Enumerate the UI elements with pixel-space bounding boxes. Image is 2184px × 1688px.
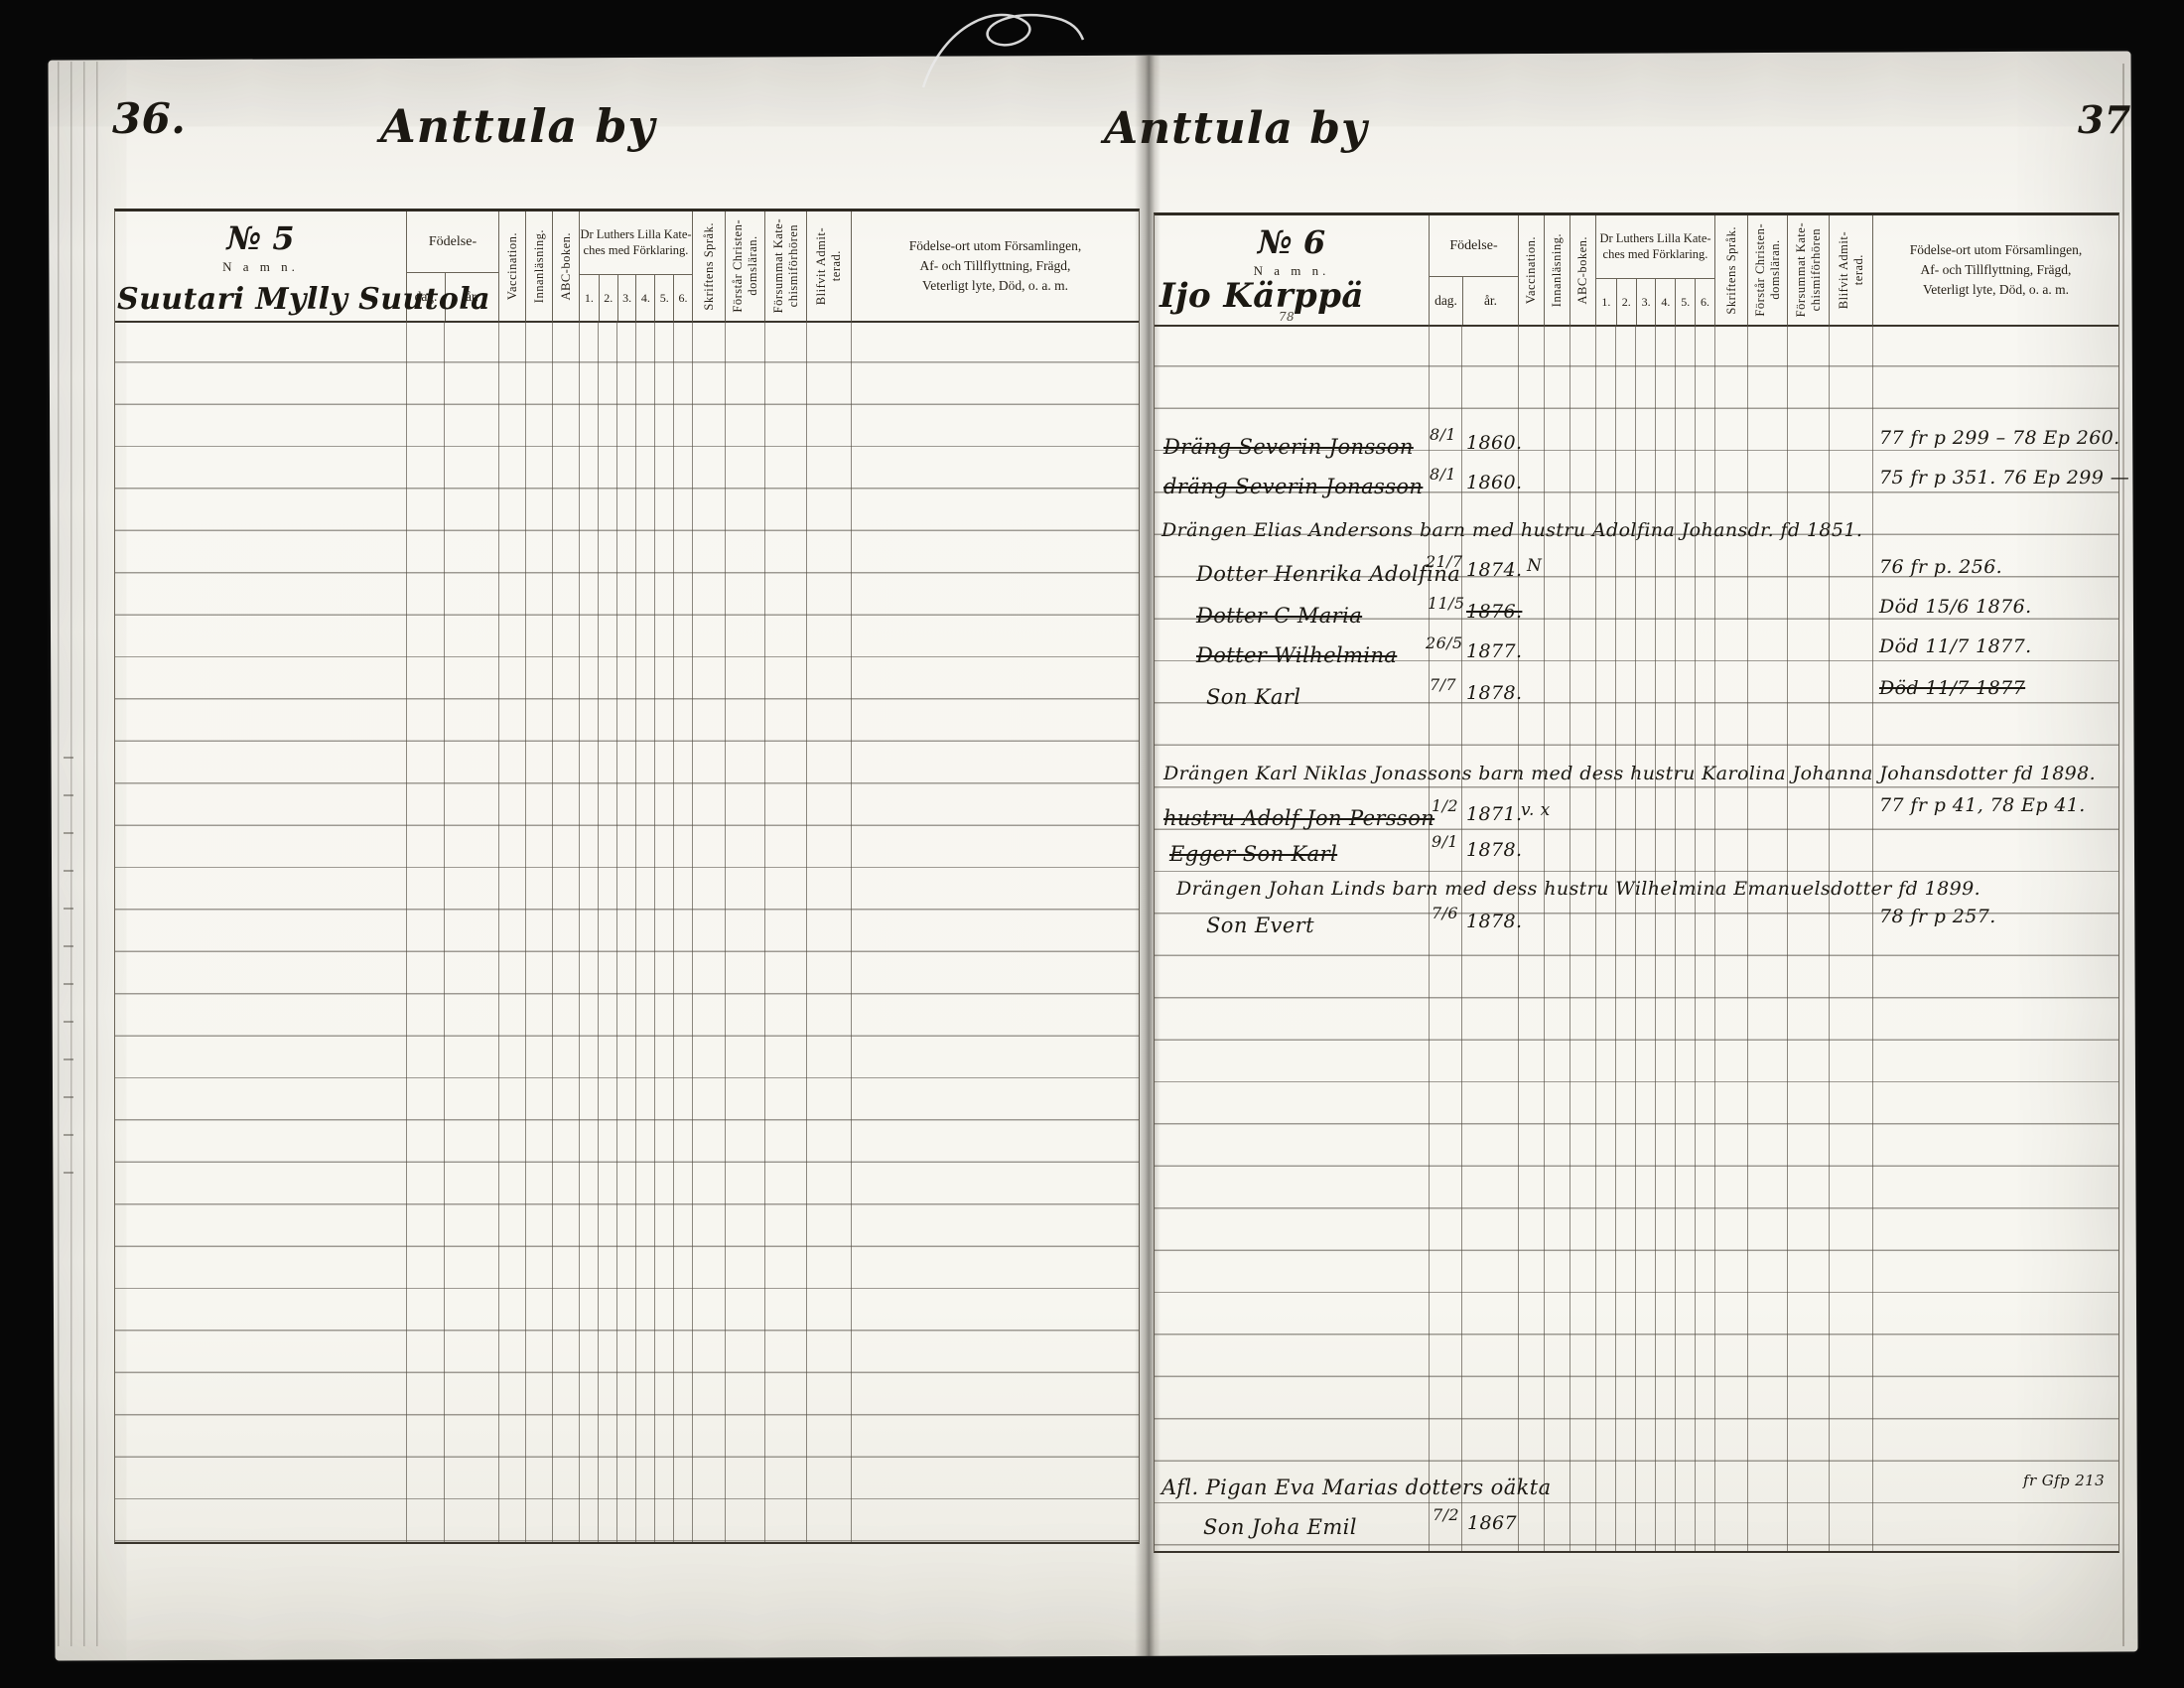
scanner-thread-artifact xyxy=(888,0,1107,94)
household-name-right: Ijo Kärppä xyxy=(1160,276,1364,316)
katekes-col-1: 1. xyxy=(580,275,599,321)
column-rule xyxy=(1518,325,1519,1551)
katekes-col-4: 4. xyxy=(1655,279,1675,325)
col-header-katekes: Dr Luthers Lilla Kate- ches med Förklari… xyxy=(579,211,692,321)
katekes-col-4: 4. xyxy=(635,275,654,321)
col-header-abc-boken: ABC-boken. xyxy=(552,211,579,321)
fodelseort-line2: Af- och Tillflyttning, Frägd, xyxy=(920,256,1071,276)
margin-tick xyxy=(64,1096,73,1098)
innanlasning-label: Innanläsning. xyxy=(1550,233,1565,307)
column-rule xyxy=(1655,325,1656,1551)
page-stack-edges xyxy=(58,62,109,1646)
katekes-col-5: 5. xyxy=(1675,279,1695,325)
entry-birth-day-month: 11/5 xyxy=(1428,594,1465,613)
entry-birth-year: 1867 xyxy=(1467,1512,1517,1534)
entry-name: Egger Son Karl xyxy=(1169,842,1337,866)
entry-birth-day-month: 1/2 xyxy=(1432,796,1458,815)
entry-name: Dotter Wilhelmina xyxy=(1196,643,1397,667)
register-table-left: № 5 N a m n. Födelse- dag. år. Vaccinati… xyxy=(114,209,1140,1544)
column-rule xyxy=(579,321,580,1542)
col-header-forsummat: Försummat Kate- chismiförhören xyxy=(764,211,806,321)
entry-birth-year: 1871. xyxy=(1466,803,1522,825)
entry-birth-year: 1876. xyxy=(1466,601,1522,623)
entry-mark: v. x xyxy=(1521,800,1551,820)
entry-note: 77 fr p 41, 78 Ep 41. xyxy=(1879,794,2086,816)
entry-note: 78 fr p 257. xyxy=(1879,906,1996,927)
katekes-col-2: 2. xyxy=(599,275,617,321)
column-rule xyxy=(552,321,553,1542)
col-header-fodelseort: Födelse-ort utom Församlingen, Af- och T… xyxy=(851,211,1139,321)
katekes-label-line2: ches med Förklaring. xyxy=(584,243,689,259)
village-title-left: Anttula by xyxy=(380,99,655,153)
entry-note: 75 fr p 351. 76 Ep 299 — xyxy=(1879,467,2129,489)
entry-birth-day-month: 8/1 xyxy=(1430,425,1456,444)
column-rule xyxy=(1787,325,1788,1551)
blifvit-label-line1: Blifvit Admit- xyxy=(814,227,829,305)
innanlasning-label: Innanläsning. xyxy=(532,229,547,303)
entry-name: hustru Adolf Jon Persson xyxy=(1163,806,1434,830)
table-body-left xyxy=(115,321,1139,1542)
blifvit-label-line2: terad. xyxy=(1851,231,1866,309)
fodelseort-line3: Veterligt lyte, Död, o. a. m. xyxy=(922,276,1068,296)
forsummat-label-line1: Försummat Kate- xyxy=(1794,222,1809,317)
column-rule xyxy=(1461,325,1462,1551)
family-heading: Drängen Karl Niklas Jonassons barn med d… xyxy=(1163,763,2096,784)
margin-tick xyxy=(64,1134,73,1136)
skriftens-sprak-label: Skriftens Språk. xyxy=(702,222,717,311)
col-header-blifvit: Blifvit Admit- terad. xyxy=(1829,215,1872,325)
entry-note: fr Gfp 213 xyxy=(2023,1472,2105,1489)
col-header-abc-boken: ABC-boken. xyxy=(1570,215,1595,325)
entry-name: Son Joha Emil xyxy=(1203,1515,1357,1539)
margin-tick xyxy=(64,870,73,872)
page-number-right: 37 xyxy=(2078,97,2131,142)
margin-tick xyxy=(64,908,73,910)
vaccination-label: Vaccination. xyxy=(505,232,520,300)
katekes-label-line1: Dr Luthers Lilla Kate- xyxy=(1599,231,1710,247)
katekes-col-5: 5. xyxy=(654,275,673,321)
col-header-innanlasning: Innanläsning. xyxy=(1544,215,1570,325)
col-header-forstar: Förstår Christen- domsläran. xyxy=(725,211,764,321)
entry-birth-day-month: 9/1 xyxy=(1432,832,1458,851)
entry-birth-year: 1860. xyxy=(1466,472,1522,493)
margin-tick xyxy=(64,832,73,834)
margin-tick xyxy=(64,1172,73,1174)
table-body-right xyxy=(1155,325,2118,1551)
column-rule xyxy=(635,321,636,1542)
margin-tick xyxy=(64,1021,73,1023)
column-rule xyxy=(1429,325,1430,1551)
katekes-col-3: 3. xyxy=(617,275,636,321)
column-rule xyxy=(498,321,499,1542)
column-rule xyxy=(1544,325,1545,1551)
column-rule xyxy=(1570,325,1570,1551)
forsummat-label-line1: Försummat Kate- xyxy=(771,218,786,313)
margin-tick xyxy=(64,794,73,796)
column-rule xyxy=(598,321,599,1542)
household-name-left: Suutari Mylly Suutola xyxy=(117,282,490,317)
entry-birth-day-month: 7/6 xyxy=(1432,904,1458,922)
entry-note: Död 11/7 1877 xyxy=(1879,677,2025,699)
page-number-left: 36. xyxy=(112,94,186,143)
entry-birth-day-month: 8/1 xyxy=(1430,465,1456,484)
abc-boken-label: ABC-boken. xyxy=(559,232,574,301)
entry-name: Dräng Severin Jonsson xyxy=(1163,435,1414,459)
vaccination-label: Vaccination. xyxy=(1524,236,1539,304)
entry-birth-year: 1878. xyxy=(1466,682,1522,704)
entry-name: Dotter Henrika Adolfina xyxy=(1196,562,1460,586)
col-header-forstar: Förstår Christen- domsläran. xyxy=(1747,215,1787,325)
book-gutter-shadow xyxy=(1135,56,1160,1656)
column-rule xyxy=(1595,325,1596,1551)
column-rule xyxy=(1695,325,1696,1551)
col-header-skriftens-sprak: Skriftens Språk. xyxy=(1714,215,1747,325)
entry-name: Dotter C Maria xyxy=(1196,604,1362,628)
katekes-col-2: 2. xyxy=(1616,279,1636,325)
stray-pencil-mark: 78 xyxy=(1279,310,1295,324)
fodelseort-line2: Af- och Tillflyttning, Frägd, xyxy=(1921,260,2072,280)
column-rule xyxy=(1829,325,1830,1551)
column-rule xyxy=(806,321,807,1542)
forsummat-label-line2: chismiförhören xyxy=(1809,222,1824,317)
col-header-skriftens-sprak: Skriftens Språk. xyxy=(692,211,725,321)
column-rule xyxy=(1615,325,1616,1551)
column-rule xyxy=(1714,325,1715,1551)
entry-name: dräng Severin Jonasson xyxy=(1163,475,1423,498)
dag-label: dag. xyxy=(1430,277,1462,325)
entry-birth-day-month: 7/2 xyxy=(1433,1505,1459,1524)
blifvit-label-line1: Blifvit Admit- xyxy=(1837,231,1851,309)
column-rule xyxy=(764,321,765,1542)
column-rule xyxy=(1747,325,1748,1551)
katekes-col-1: 1. xyxy=(1596,279,1616,325)
fodelse-label: Födelse- xyxy=(1430,215,1518,277)
column-rule xyxy=(406,321,407,1542)
entry-note: 76 fr p. 256. xyxy=(1879,556,2002,578)
entry-birth-day-month: 7/7 xyxy=(1430,675,1456,694)
family-heading: Drängen Johan Linds barn med dess hustru… xyxy=(1176,878,1980,900)
column-rule xyxy=(673,321,674,1542)
blifvit-label-line2: terad. xyxy=(829,227,844,305)
fodelseort-line1: Födelse-ort utom Församlingen, xyxy=(909,236,1082,256)
forstar-label-line2: domsläran. xyxy=(1768,223,1783,317)
entry-birth-year: 1877. xyxy=(1466,640,1522,662)
column-rule xyxy=(725,321,726,1542)
column-rule xyxy=(1635,325,1636,1551)
margin-tick xyxy=(64,945,73,947)
column-rule xyxy=(1872,325,1873,1551)
forstar-label-line2: domsläran. xyxy=(746,219,760,313)
column-rule xyxy=(692,321,693,1542)
katekes-col-3: 3. xyxy=(1636,279,1656,325)
col-header-katekes: Dr Luthers Lilla Kate- ches med Förklari… xyxy=(1595,215,1714,325)
entry-note: Död 11/7 1877. xyxy=(1879,635,2032,657)
entry-mark: N xyxy=(1527,556,1542,576)
column-rule xyxy=(444,321,445,1542)
column-rule xyxy=(616,321,617,1542)
entry-birth-day-month: 21/7 xyxy=(1426,552,1463,571)
margin-tick xyxy=(64,983,73,985)
katekes-col-6: 6. xyxy=(1695,279,1714,325)
col-header-fodelseort: Födelse-ort utom Församlingen, Af- och T… xyxy=(1872,215,2118,325)
entry-birth-year: 1878. xyxy=(1466,839,1522,861)
entry-birth-year: 1874. xyxy=(1466,559,1522,581)
entry-note: Död 15/6 1876. xyxy=(1879,596,2032,618)
family-heading: Afl. Pigan Eva Marias dotters oäkta xyxy=(1161,1476,1552,1499)
forsummat-label-line2: chismiförhören xyxy=(786,218,801,313)
col-header-innanlasning: Innanläsning. xyxy=(525,211,552,321)
margin-tick xyxy=(64,1058,73,1060)
right-page-edge xyxy=(2122,64,2124,1646)
col-header-vaccination: Vaccination. xyxy=(1518,215,1544,325)
katekes-label-line2: ches med Förklaring. xyxy=(1603,247,1708,263)
column-rule xyxy=(1675,325,1676,1551)
ar-label: år. xyxy=(1462,277,1518,325)
family-heading: Drängen Elias Andersons barn med hustru … xyxy=(1161,519,1862,541)
abc-boken-label: ABC-boken. xyxy=(1575,236,1590,305)
katekes-label-line1: Dr Luthers Lilla Kate- xyxy=(580,227,691,243)
entry-birth-year: 1860. xyxy=(1466,432,1522,454)
katekes-col-6: 6. xyxy=(673,275,692,321)
namn-label: N a m n. xyxy=(222,259,299,275)
entry-note: 77 fr p 299 – 78 Ep 260. xyxy=(1879,427,2120,449)
skriftens-sprak-label: Skriftens Språk. xyxy=(1724,226,1739,315)
household-number: № 5 xyxy=(226,219,294,257)
col-header-forsummat: Försummat Kate- chismiförhören xyxy=(1787,215,1829,325)
column-rule xyxy=(525,321,526,1542)
scanned-church-register: 36. Anttula by Anttula by 37 № 5 N a m n… xyxy=(0,0,2184,1688)
col-header-fodelse: Födelse- dag. år. xyxy=(1429,215,1518,325)
col-header-vaccination: Vaccination. xyxy=(498,211,525,321)
col-header-blifvit: Blifvit Admit- terad. xyxy=(806,211,851,321)
fodelseort-line3: Veterligt lyte, Död, o. a. m. xyxy=(1923,280,2069,300)
column-rule xyxy=(654,321,655,1542)
margin-tick xyxy=(64,757,73,759)
forstar-label-line1: Förstår Christen- xyxy=(731,219,746,313)
column-rule xyxy=(851,321,852,1542)
entry-name: Son Karl xyxy=(1206,685,1300,709)
household-number: № 6 xyxy=(1258,223,1325,261)
forstar-label-line1: Förstår Christen- xyxy=(1753,223,1768,317)
entry-birth-day-month: 26/5 xyxy=(1426,633,1463,652)
entry-name: Son Evert xyxy=(1206,914,1314,937)
entry-birth-year: 1878. xyxy=(1466,911,1522,932)
fodelse-label: Födelse- xyxy=(407,211,498,273)
fodelseort-line1: Födelse-ort utom Församlingen, xyxy=(1910,240,2083,260)
